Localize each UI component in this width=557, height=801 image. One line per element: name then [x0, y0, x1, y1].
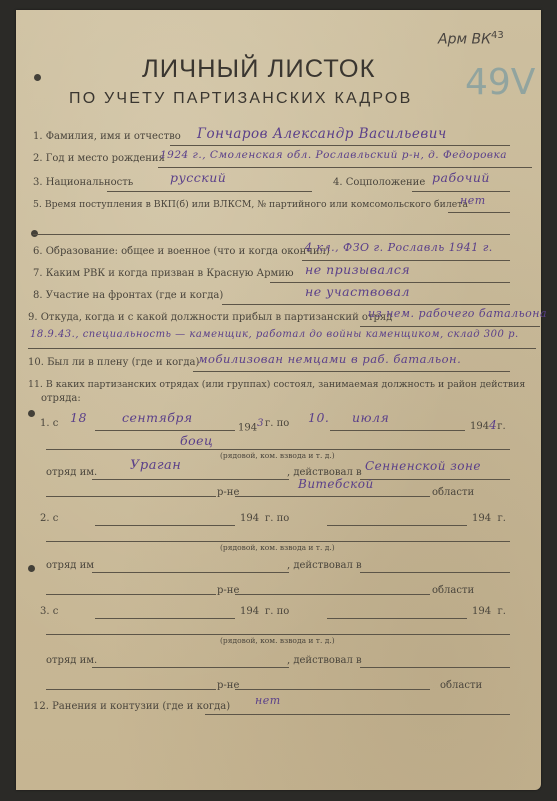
unit-1-to-label: г. по — [265, 418, 289, 429]
field-7-value[interactable]: не призывался — [305, 262, 410, 277]
field-9-continuation-line — [28, 348, 536, 349]
unit-3-position-line[interactable] — [46, 634, 510, 635]
unit-1-to-day[interactable]: 10. — [308, 410, 329, 425]
field-9-label: 9. Откуда, когда и с какой должности при… — [28, 312, 392, 323]
field-2-line — [158, 167, 532, 168]
field-5-label: 5. Время поступления в ВКП(б) или ВЛКСМ,… — [33, 199, 468, 210]
unit-1-region-label: области — [432, 487, 474, 498]
unit-2-detachment-line[interactable] — [92, 572, 289, 573]
field-12-value[interactable]: нет — [255, 694, 281, 707]
unit-3-district-line[interactable] — [46, 689, 216, 690]
unit-1-to-year: 1944г. — [470, 418, 506, 432]
field-7-line — [270, 282, 510, 283]
unit-3-from-year: 194 — [240, 606, 259, 617]
field-11-label: 11. В каких партизанских отрядах (или гр… — [28, 379, 525, 390]
document-title: ЛИЧНЫЙ ЛИСТОК — [142, 55, 375, 84]
field-11-label-continued: отряда: — [41, 393, 81, 404]
field-1-value[interactable]: Гончаров Александр Васильевич — [197, 126, 447, 142]
unit-3-detachment-line[interactable] — [92, 667, 289, 668]
field-8-line — [222, 304, 510, 305]
field-3-value[interactable]: русский — [170, 170, 226, 185]
unit-1-position-caption: (рядовой, ком. взвода и т. д.) — [220, 451, 335, 460]
punch-hole — [34, 74, 41, 81]
field-3-label: 3. Национальность — [33, 177, 133, 188]
unit-1-to-month[interactable]: июля — [352, 410, 389, 425]
unit-1-to-line — [330, 430, 465, 431]
field-6-value[interactable]: 4 кл., ФЗО г. Рославль 1941 г. — [305, 241, 493, 254]
unit-1-detachment[interactable]: Ураган — [130, 458, 181, 473]
unit-3-to-line[interactable] — [327, 618, 467, 619]
unit-3-position-caption: (рядовой, ком. взвода и т. д.) — [220, 636, 335, 645]
field-9-line — [360, 326, 540, 327]
field-1-label: 1. Фамилия, имя и отчество — [33, 131, 181, 142]
unit-1-number: 1. с — [40, 418, 58, 429]
unit-1-detachment-line — [92, 479, 289, 480]
document-subtitle: ПО УЧЕТУ ПАРТИЗАНСКИХ КАДРОВ — [69, 90, 412, 108]
field-6-label: 6. Образование: общее и военное (что и к… — [33, 246, 330, 257]
field-6-line — [302, 260, 510, 261]
unit-1-region[interactable]: Витебской — [298, 477, 374, 491]
field-9-value-line1[interactable]: из нем. рабочего батальона — [368, 307, 547, 320]
unit-2-operated-label: , действовал в — [287, 560, 362, 571]
unit-3-to-label: г. по — [265, 606, 289, 617]
field-1-line — [170, 145, 510, 146]
punch-hole — [28, 410, 35, 417]
unit-3-operated-line[interactable] — [360, 667, 510, 668]
unit-3-region-line[interactable] — [235, 689, 430, 690]
field-5-line — [448, 212, 510, 213]
field-3-line — [107, 191, 312, 192]
unit-3-detachment-label: отряд им. — [46, 655, 97, 666]
unit-2-position-caption: (рядовой, ком. взвода и т. д.) — [220, 543, 335, 552]
unit-2-operated-line[interactable] — [360, 572, 510, 573]
field-10-value[interactable]: мобилизован немцами в раб. батальон. — [198, 352, 461, 366]
field-8-value[interactable]: не участвовал — [305, 284, 410, 299]
unit-3-number: 3. с — [40, 606, 58, 617]
unit-2-detachment-label: отряд им — [46, 560, 94, 571]
field-4-line — [412, 191, 510, 192]
unit-1-operated-in[interactable]: Сенненской зоне — [365, 459, 481, 473]
field-7-label: 7. Каким РВК и когда призван в Красную А… — [33, 268, 294, 279]
unit-1-from-line — [95, 430, 235, 431]
punch-hole — [28, 565, 35, 572]
unit-1-from-day[interactable]: 18 — [70, 410, 87, 425]
field-4-label: 4. Соцположение — [333, 177, 425, 188]
archive-annotation: Арм ВК43 — [438, 30, 504, 48]
unit-3-from-line[interactable] — [95, 618, 235, 619]
unit-1-position[interactable]: боец — [180, 433, 213, 448]
field-5-value[interactable]: нет — [460, 194, 486, 207]
unit-3-to-year: 194 г. — [472, 606, 506, 617]
field-12-label: 12. Ранения и контузии (где и когда) — [33, 701, 230, 712]
field-5-continuation-line — [33, 234, 510, 235]
unit-3-region-label: области — [440, 680, 482, 691]
field-4-value[interactable]: рабочий — [432, 170, 490, 185]
field-2-value[interactable]: 1924 г., Смоленская обл. Рославльский р-… — [160, 149, 507, 161]
unit-2-region-label: области — [432, 585, 474, 596]
unit-2-from-year: 194 — [240, 513, 259, 524]
unit-1-detachment-label: отряд им. — [46, 467, 97, 478]
unit-3-operated-label: , действовал в — [287, 655, 362, 666]
unit-1-operated-line — [360, 479, 510, 480]
unit-1-region-line — [235, 496, 430, 497]
unit-2-region-line[interactable] — [235, 594, 430, 595]
field-8-label: 8. Участие на фронтах (где и когда) — [33, 290, 223, 301]
unit-2-district-line[interactable] — [46, 594, 216, 595]
unit-1-from-month[interactable]: сентября — [122, 410, 193, 425]
unit-2-to-label: г. по — [265, 513, 289, 524]
unit-2-number: 2. с — [40, 513, 58, 524]
unit-1-from-year: 1943 — [238, 418, 264, 433]
field-9-value-line2[interactable]: 18.9.43., специальность — каменщик, рабо… — [30, 329, 519, 340]
unit-1-position-line — [46, 449, 510, 450]
field-10-label: 10. Был ли в плену (где и когда) — [28, 357, 199, 368]
field-2-label: 2. Год и место рождения — [33, 153, 165, 164]
unit-2-to-line[interactable] — [327, 525, 467, 526]
unit-1-district-line — [46, 496, 216, 497]
field-12-line — [205, 714, 510, 715]
unit-2-from-line[interactable] — [95, 525, 235, 526]
blue-pencil-mark: 49V — [465, 62, 535, 103]
unit-2-to-year: 194 г. — [472, 513, 506, 524]
field-10-line — [193, 371, 510, 372]
unit-2-position-line[interactable] — [46, 541, 510, 542]
